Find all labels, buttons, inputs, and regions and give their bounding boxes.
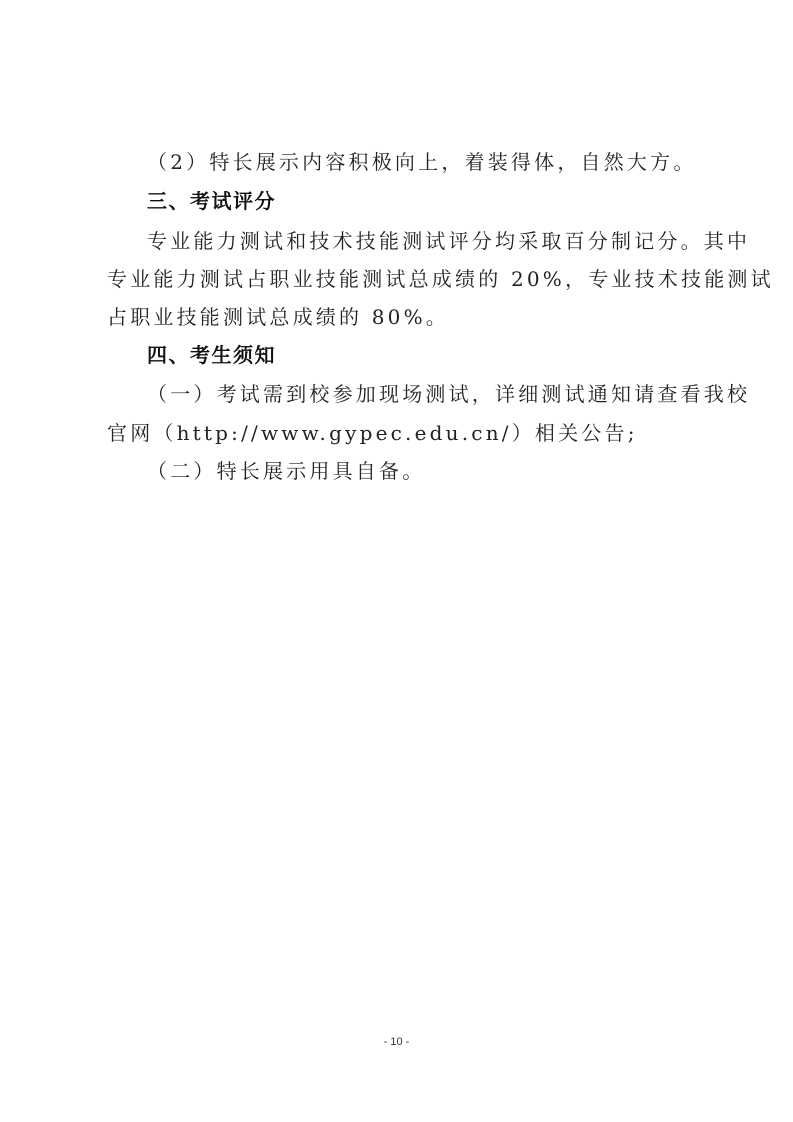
scoring-paragraph-line-1: 专业能力测试和技术技能测试评分均采取百分制记分。其中 <box>147 226 737 256</box>
notice-item-1-line-2: 官网（http://www.gypec.edu.cn/）相关公告; <box>107 418 697 448</box>
page-number: - 10 - <box>0 1036 793 1048</box>
notice-item-2: （二）特长展示用具自备。 <box>147 456 737 486</box>
scoring-paragraph-line-3: 占职业技能测试总成绩的 80%。 <box>107 302 697 332</box>
section-heading-candidate-notice: 四、考生须知 <box>147 340 737 370</box>
scoring-paragraph-line-2: 专业能力测试占职业技能测试总成绩的 20%，专业技术技能测试 <box>107 264 697 294</box>
section-heading-exam-scoring: 三、考试评分 <box>147 186 737 216</box>
item-special-talent-content: （2）特长展示内容积极向上，着装得体，自然大方。 <box>147 147 737 177</box>
notice-item-1-line-1: （一）考试需到校参加现场测试，详细测试通知请查看我校 <box>147 379 737 409</box>
